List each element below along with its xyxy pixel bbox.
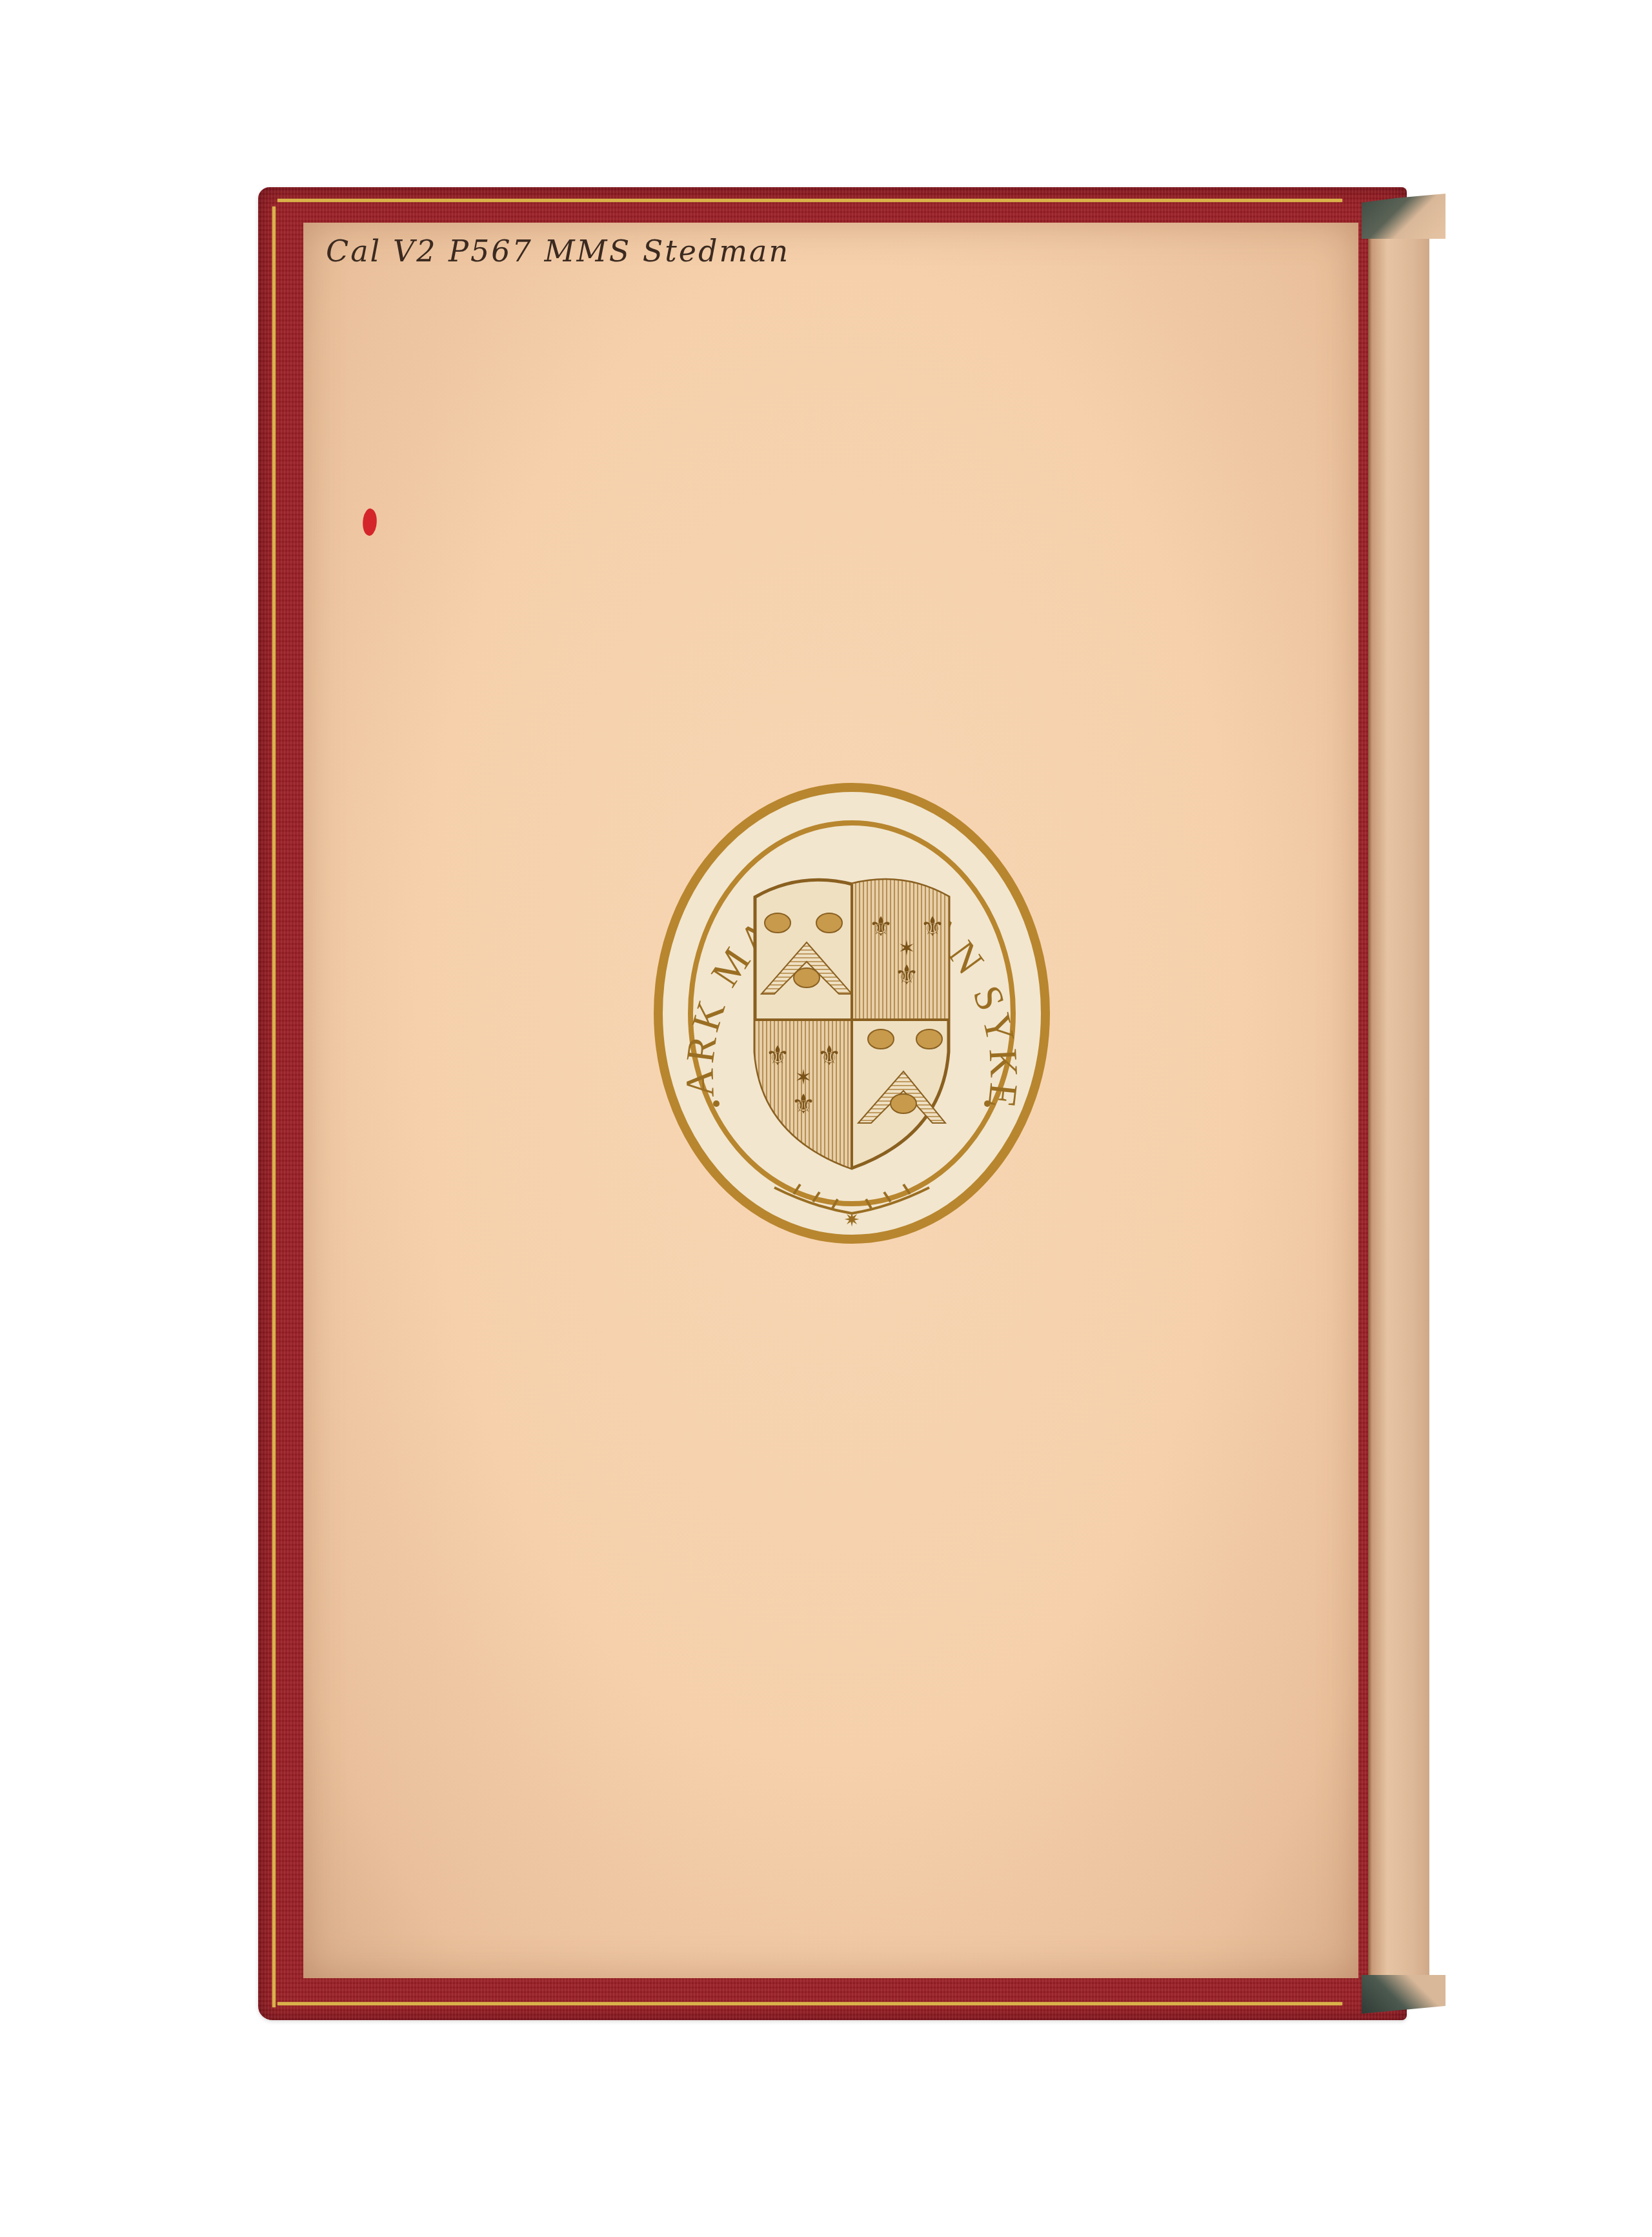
svg-text:⚜: ⚜ bbox=[869, 911, 893, 942]
bookplate-emblem-icon: MARK MASTERMAN SYKES ⚜ ⚜ ⚜ ✶ ⚜ ⚜ ⚜ bbox=[645, 774, 1058, 1252]
svg-text:⚜: ⚜ bbox=[894, 959, 919, 991]
svg-text:⚜: ⚜ bbox=[920, 911, 945, 942]
svg-text:⚜: ⚜ bbox=[791, 1088, 816, 1120]
gilt-rule-left bbox=[272, 207, 276, 2007]
svg-text:✶: ✶ bbox=[898, 936, 916, 960]
svg-text:✶: ✶ bbox=[795, 1065, 812, 1089]
svg-text:✷: ✷ bbox=[843, 1209, 860, 1231]
handwritten-inscription: Cal V2 P567 MMS Stedman bbox=[326, 234, 790, 268]
svg-text:⚜: ⚜ bbox=[817, 1040, 841, 1071]
armorial-bookplate: MARK MASTERMAN SYKES MARK MASTERMAN SYKE… bbox=[645, 774, 1058, 1252]
gilt-rule-top bbox=[277, 199, 1342, 202]
gilt-rule-bottom bbox=[277, 2002, 1342, 2005]
hinge-bottom-corner bbox=[1362, 1975, 1445, 2014]
svg-text:⚜: ⚜ bbox=[765, 1040, 790, 1071]
free-endpaper-hinge bbox=[1368, 213, 1429, 2001]
